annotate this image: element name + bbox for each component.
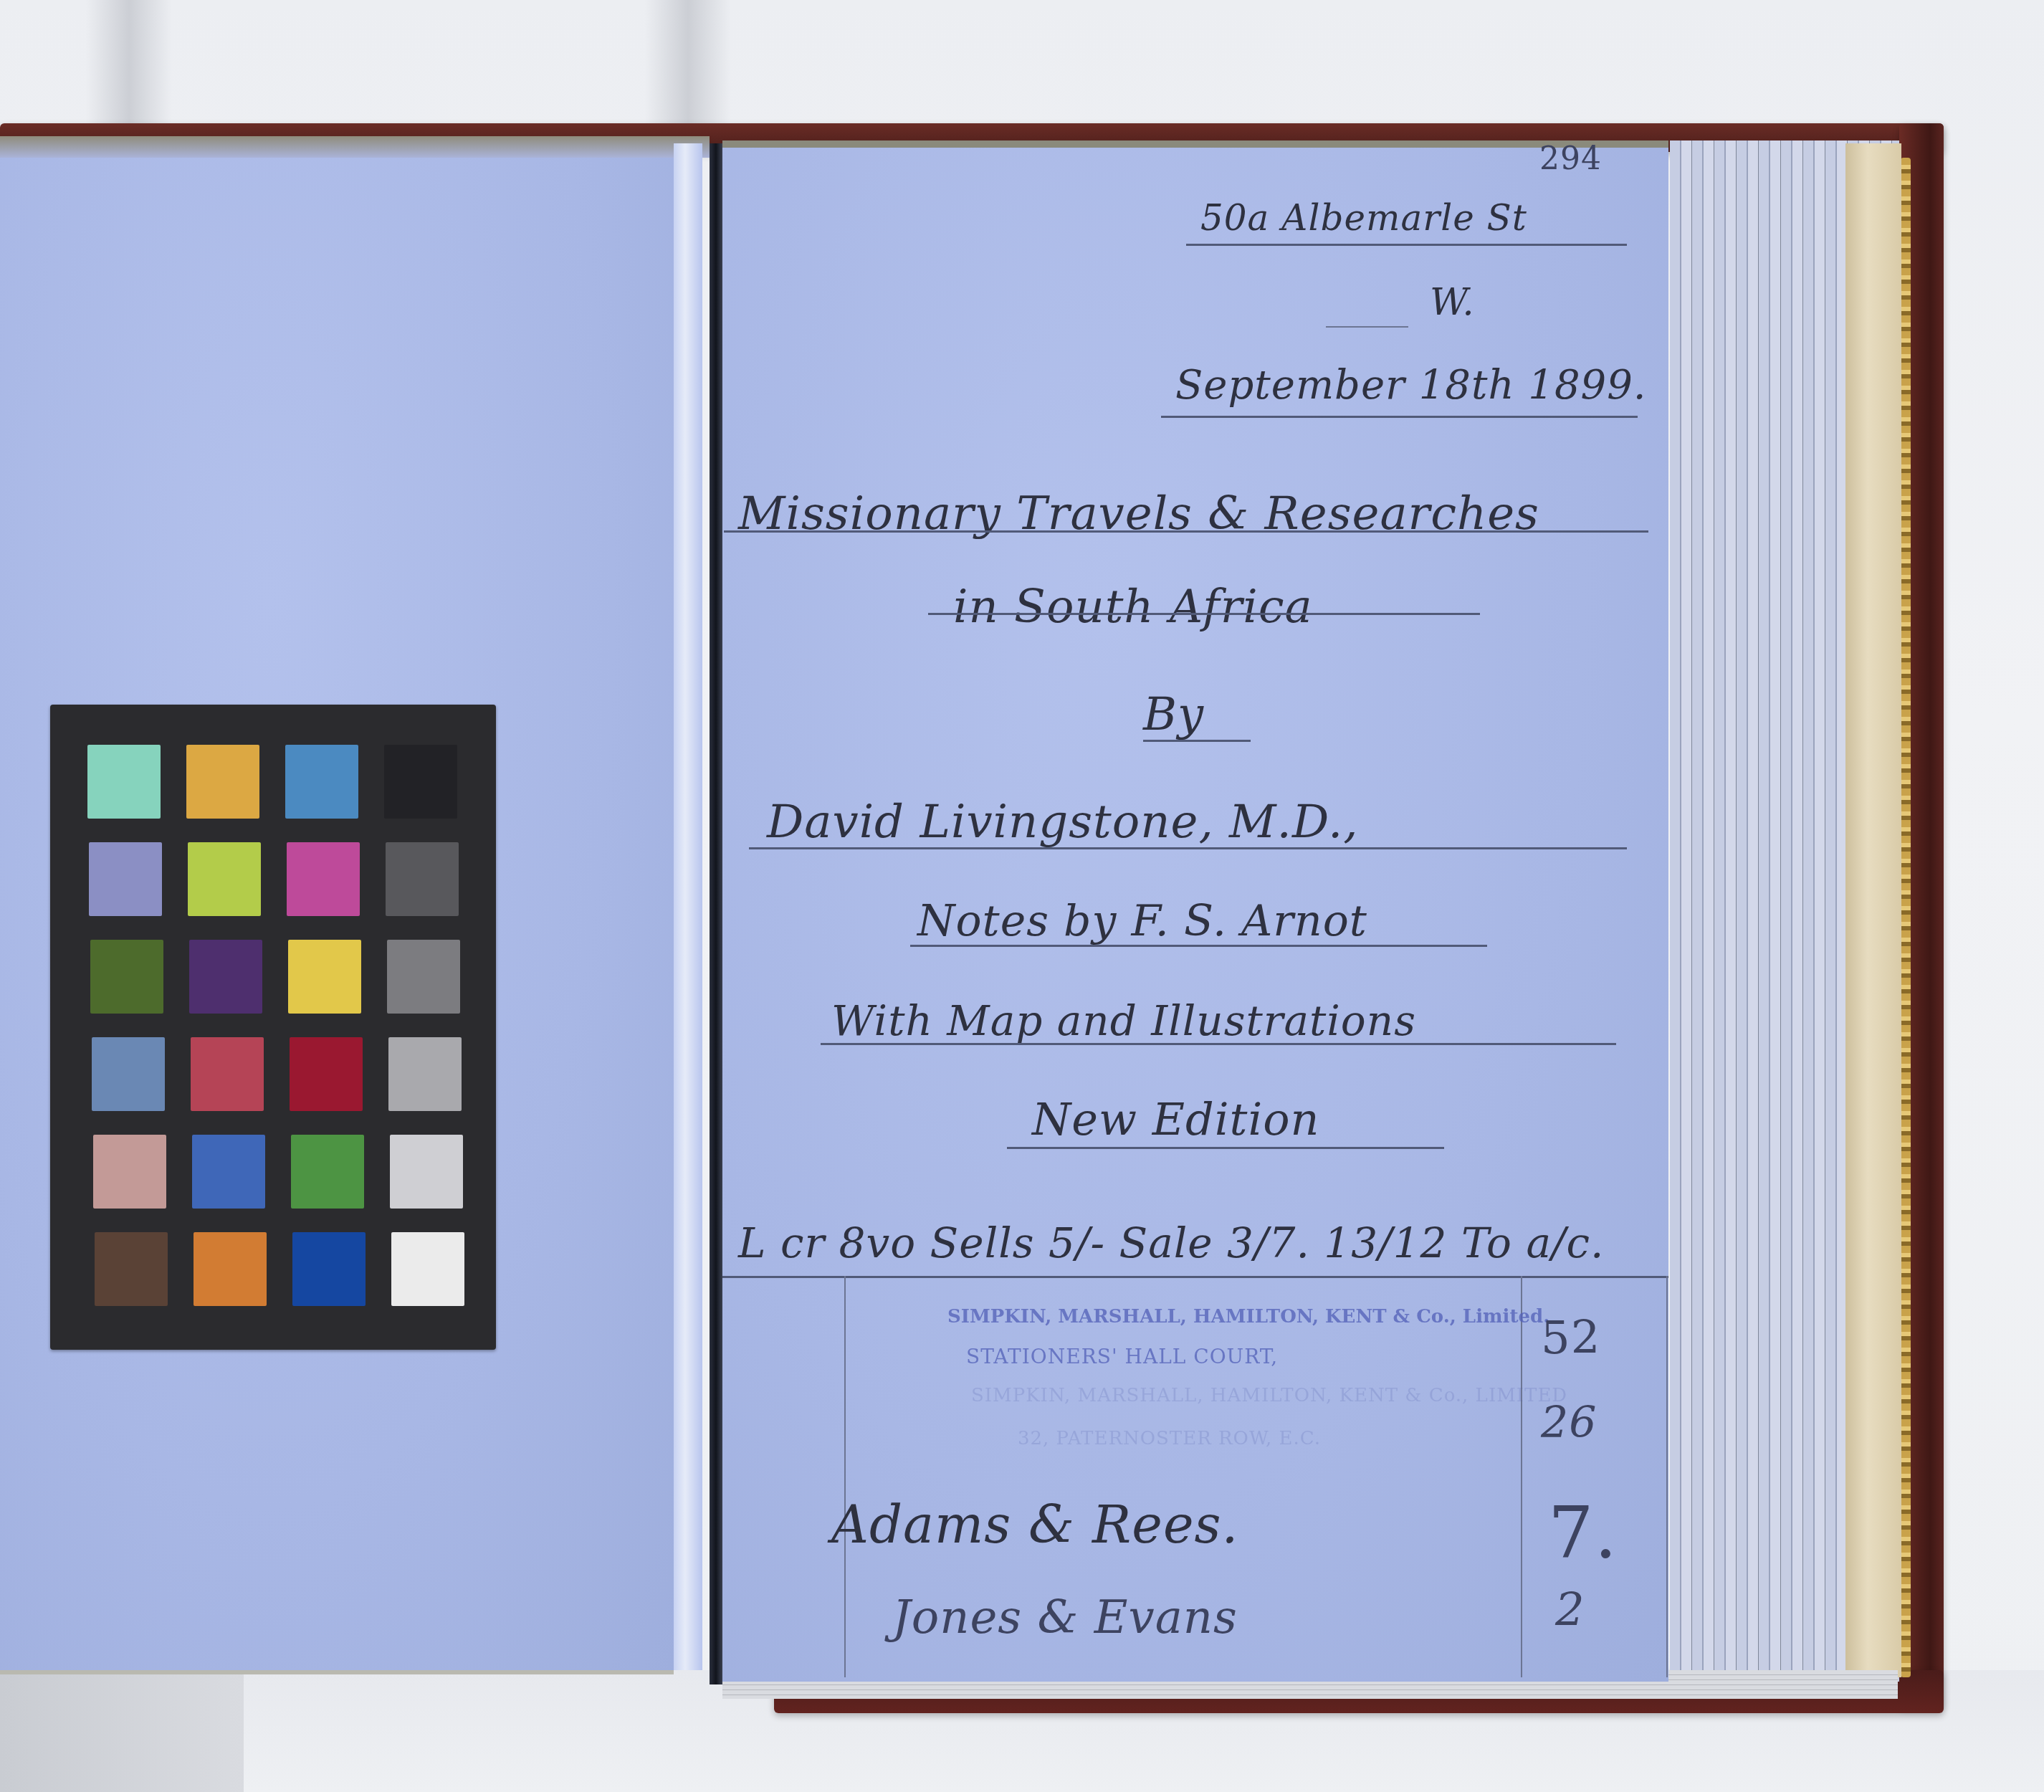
- edition: New Edition: [1032, 1093, 1320, 1145]
- color-patch: [388, 1037, 462, 1111]
- stamp-offset-line: 32, PATERNOSTER ROW, E.C.: [1018, 1428, 1321, 1449]
- left-page-curl: [674, 143, 702, 1670]
- background-cloth-fold: [86, 0, 172, 129]
- address-line: 50a Albemarle St: [1200, 197, 1527, 239]
- title-underline-2: [928, 613, 1480, 615]
- color-checker-card: [50, 705, 496, 1350]
- stamp-firm-name: SIMPKIN, MARSHALL, HAMILTON, KENT & Co.,…: [947, 1306, 1549, 1328]
- color-patch: [290, 1037, 363, 1111]
- author-name: David Livingstone, M.D.,: [767, 796, 1359, 849]
- color-patch: [189, 940, 262, 1014]
- endpaper-edge: [1845, 143, 1901, 1677]
- table-right-rule: [1666, 1276, 1668, 1677]
- color-patch: [93, 1135, 166, 1209]
- address-underline: [1186, 244, 1627, 246]
- page-number: 294: [1539, 140, 1602, 177]
- background-cloth-fold: [645, 0, 731, 129]
- quantity-value: 7.: [1548, 1491, 1618, 1575]
- color-patch: [291, 1135, 364, 1209]
- district: W.: [1430, 281, 1475, 324]
- color-patch: [387, 940, 460, 1014]
- stamp-address: STATIONERS' HALL COURT,: [966, 1345, 1278, 1368]
- color-patch: [194, 1232, 267, 1306]
- left-page-top-edge: [0, 136, 710, 158]
- stamp-offset-line: SIMPKIN, MARSHALL, HAMILTON, KENT & Co.,…: [971, 1385, 1567, 1406]
- date-underline: [1161, 416, 1638, 418]
- table-quantity-column-rule: [1521, 1276, 1522, 1677]
- color-patch: [386, 842, 459, 916]
- by-label: By: [1143, 688, 1204, 741]
- book-gutter: [710, 143, 722, 1684]
- color-patch: [89, 842, 162, 916]
- customer-name: Adams & Rees.: [831, 1495, 1238, 1555]
- color-patch: [87, 745, 161, 819]
- color-patch: [287, 842, 360, 916]
- title-underline-1: [724, 530, 1648, 533]
- quantity-value: 26: [1541, 1398, 1597, 1448]
- color-patch: [292, 1232, 366, 1306]
- by-underline: [1143, 740, 1251, 742]
- notes-credit: Notes by F. S. Arnot: [917, 896, 1367, 946]
- color-patch: [188, 842, 261, 916]
- author-underline: [749, 847, 1627, 849]
- quantity-value: 52: [1541, 1312, 1600, 1365]
- color-patch: [95, 1232, 168, 1306]
- district-underline: [1326, 326, 1408, 328]
- color-patch: [390, 1135, 463, 1209]
- color-patch: [391, 1232, 464, 1306]
- customer-name: Jones & Evans: [892, 1591, 1238, 1644]
- color-patch: [192, 1135, 265, 1209]
- color-patch: [285, 745, 358, 819]
- book-title-line-2: in South Africa: [953, 581, 1313, 634]
- table-top-rule: [722, 1276, 1668, 1278]
- color-patch: [191, 1037, 264, 1111]
- extras-underline: [821, 1043, 1616, 1045]
- gilt-page-edge: [1901, 158, 1911, 1677]
- notes-underline: [910, 945, 1487, 947]
- entry-date: September 18th 1899.: [1175, 362, 1647, 409]
- quantity-value: 2: [1555, 1584, 1585, 1637]
- background-cloth-shadow: [0, 1670, 244, 1792]
- book-extras: With Map and Illustrations: [831, 996, 1416, 1045]
- color-patch: [384, 745, 457, 819]
- table-left-column-rule: [844, 1276, 846, 1677]
- color-patch: [90, 940, 163, 1014]
- edition-underline: [1007, 1147, 1444, 1149]
- terms-line: L cr 8vo Sells 5/- Sale 3/7. 13/12 To a/…: [738, 1219, 1604, 1267]
- color-patch: [288, 940, 361, 1014]
- color-patch: [186, 745, 259, 819]
- color-patch: [92, 1037, 165, 1111]
